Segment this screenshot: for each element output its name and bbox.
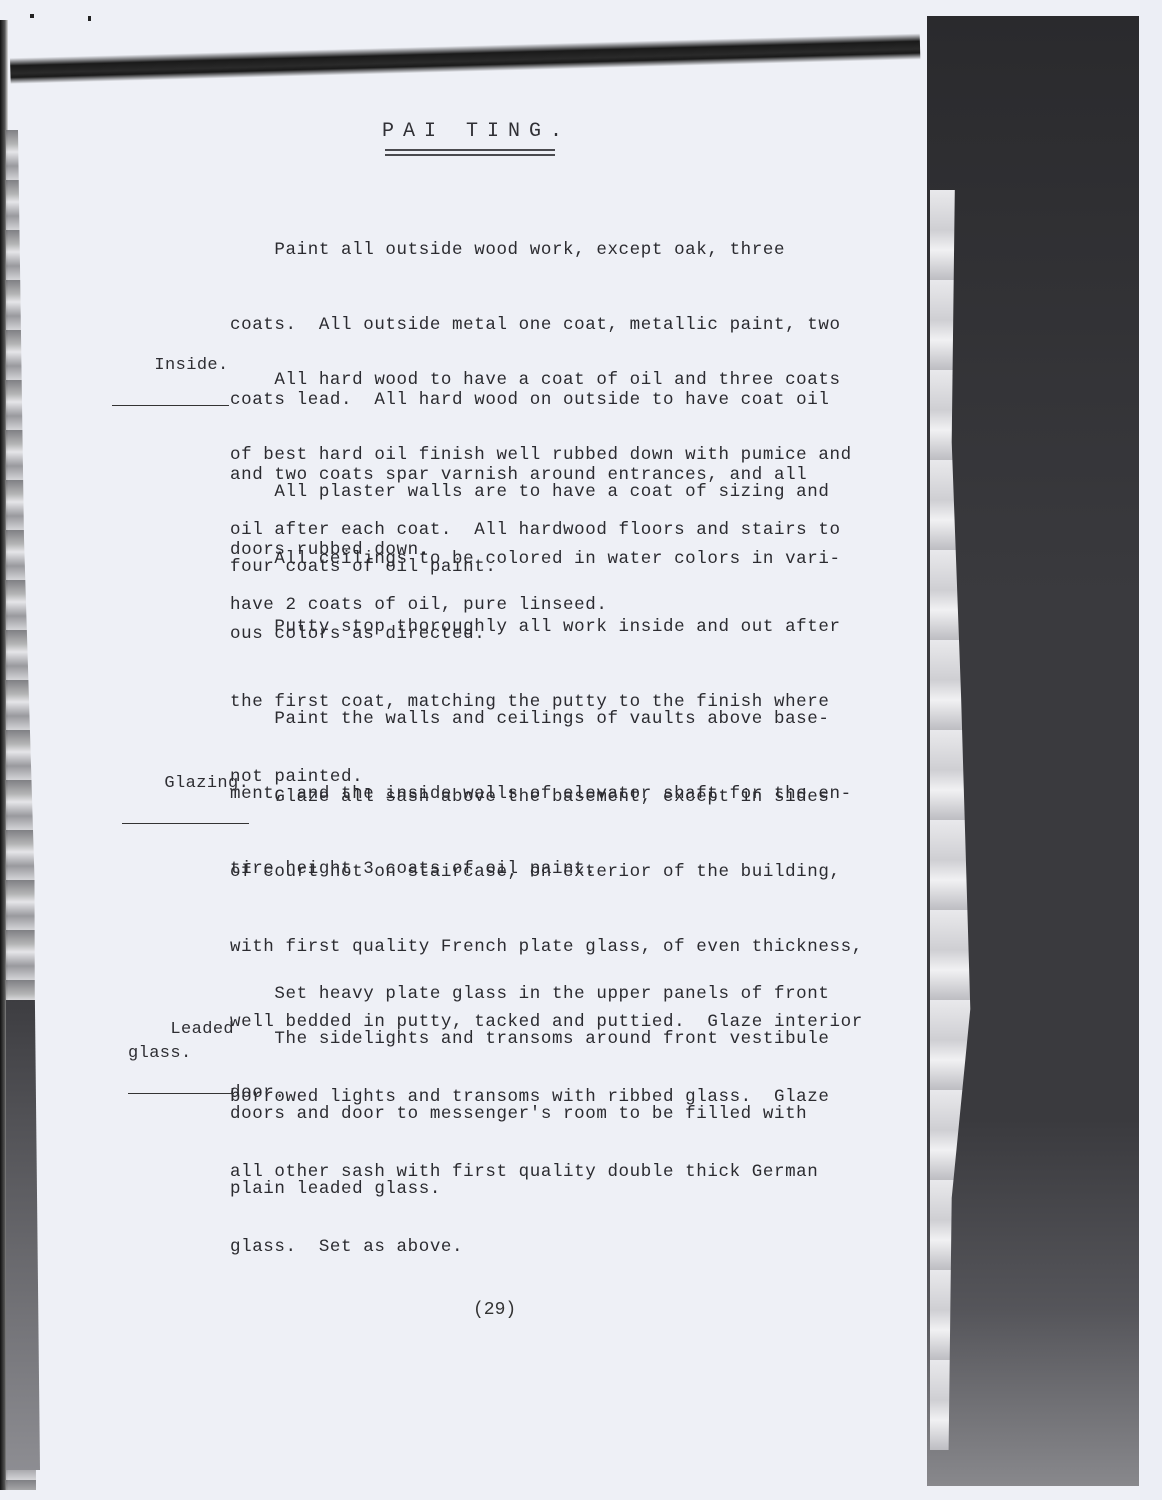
scan-shadow-left xyxy=(6,1000,40,1470)
text-line: plain leaded glass. xyxy=(230,1177,890,1202)
margin-label-underline xyxy=(128,1093,234,1094)
page-number: (29) xyxy=(473,1300,516,1320)
margin-label-text: Leaded glass. xyxy=(128,1020,234,1063)
text-line: Paint the walls and ceilings of vaults a… xyxy=(230,707,890,732)
title-underline xyxy=(385,154,555,156)
title-underline xyxy=(385,149,555,151)
scan-right-margin xyxy=(1140,0,1162,1500)
text-line: Putty stop thoroughly all work inside an… xyxy=(230,615,890,640)
text-line: All hard wood to have a coat of oil and … xyxy=(230,368,890,393)
text-line: Glaze all sash above the basement, excep… xyxy=(230,785,890,810)
top-black-rule xyxy=(10,33,920,84)
margin-label-text: Inside. xyxy=(154,356,228,375)
text-line: doors and door to messenger's room to be… xyxy=(230,1102,890,1127)
text-line: The sidelights and transoms around front… xyxy=(230,1027,890,1052)
text-line: of court not on staircase, on exterior o… xyxy=(230,860,890,885)
scanned-page: PAI TING. Paint all outside wood work, e… xyxy=(0,0,1162,1500)
margin-label-underline xyxy=(112,405,229,406)
scan-speck xyxy=(88,16,91,21)
margin-label-inside: Inside. xyxy=(112,330,229,454)
text-line: Paint all outside wood work, except oak,… xyxy=(230,238,890,263)
margin-label-leaded-glass: Leaded glass. xyxy=(128,994,234,1142)
page-title: PAI TING. xyxy=(382,120,571,143)
scan-speck xyxy=(30,14,34,18)
paragraph: The sidelights and transoms around front… xyxy=(230,977,890,1252)
